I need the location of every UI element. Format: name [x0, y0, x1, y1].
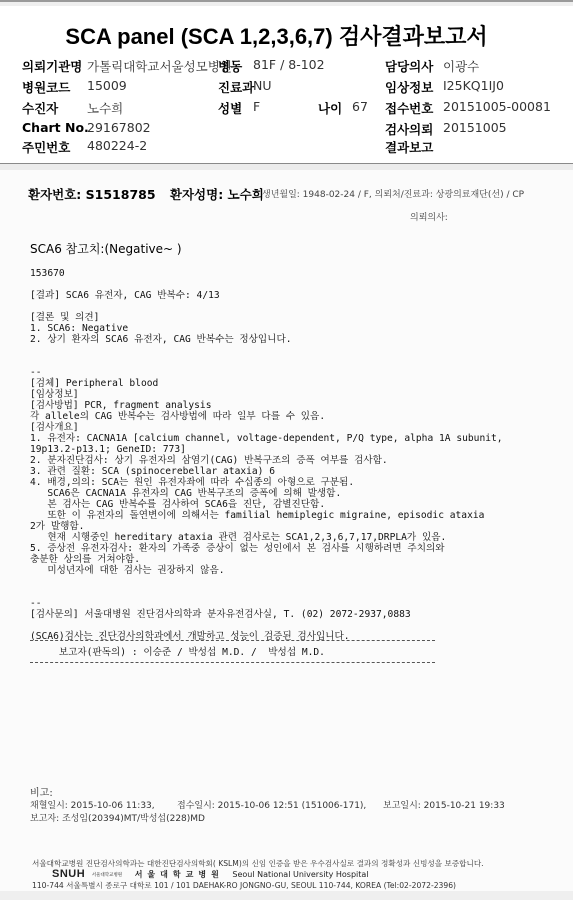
- report-line: 2가 발행함.: [30, 521, 503, 532]
- report-line: 2. 분자진단검사: 상기 유전자의 삼염기(CAG) 반복구조의 증폭 여부를…: [30, 455, 503, 466]
- snuh-logo: SNUH: [52, 868, 85, 880]
- report-line: [결과] SCA6 유전자, CAG 반복수: 4/13: [30, 290, 503, 301]
- patient-label: 수진자: [22, 99, 58, 117]
- report-line: 또한 이 유전자의 돌연변이에 의해서는 familial hemiplegic…: [30, 510, 503, 521]
- report-line: --: [30, 598, 503, 609]
- hospital-code-label: 병원코드: [22, 78, 70, 96]
- report-line: 충분한 상의를 거쳐야함.: [30, 554, 503, 565]
- rrn-label: 주민번호: [22, 138, 70, 156]
- report-line: [30, 279, 503, 290]
- chart-label: Chart No.: [22, 120, 89, 135]
- top-strip: [0, 2, 573, 6]
- dashed-divider-top: [30, 640, 435, 641]
- report-line: [검사개요]: [30, 422, 503, 433]
- report-line: 본 검사는 CAG 반복수를 검사하여 SCA6을 진단, 감별진단함.: [30, 499, 503, 510]
- patient-id-line: 환자번호: S1518785 환자성명: 노수희: [28, 185, 274, 203]
- patient-name: 환자성명: 노수희: [170, 187, 264, 202]
- report-line: [30, 356, 503, 367]
- institution-value: 가톨릭대학교서울성모병원: [87, 57, 232, 75]
- report-line: [30, 576, 503, 587]
- report-body: 153670 [결과] SCA6 유전자, CAG 반복수: 4/13 [결론 …: [30, 268, 503, 642]
- dept-label: 진료과: [218, 78, 254, 96]
- remarks-label: 비고:: [30, 784, 53, 799]
- report-line: 미성년자에 대한 검사는 권장하지 않음.: [30, 565, 503, 576]
- dept-value: NU: [253, 78, 272, 93]
- patient-value: 노수희: [87, 99, 123, 117]
- reporter-info: 보고자: 조성임(20394)MT/박성섭(228)MD: [30, 811, 205, 824]
- report-line: [임상정보]: [30, 389, 503, 400]
- clinical-label: 임상정보: [385, 78, 433, 96]
- report-line: [30, 301, 503, 312]
- ward-label: 병동: [218, 57, 242, 75]
- hospital-name-kr: 서울대학교병원: [135, 870, 224, 879]
- report-line: 5. 증상전 유전자검사: 환자의 가족중 증상이 없는 성인에서 본 검사를 …: [30, 543, 503, 554]
- report-line: 4. 배경,의의: SCA는 원인 유전자좌에 따라 수십종의 아형으로 구분됨…: [30, 477, 503, 488]
- patient-number: 환자번호: S1518785: [28, 187, 156, 202]
- rrn-value: 480224-2: [87, 138, 147, 153]
- report-line: 현재 시행중인 hereditary ataxia 관련 검사로는 SCA1,2…: [30, 532, 503, 543]
- report-line: 153670: [30, 268, 503, 279]
- birth-info: 생년월일: 1948-02-24 / F, 의뢰처/진료과: 상광의료재단(선)…: [262, 187, 524, 200]
- dashed-divider-bottom: [30, 662, 435, 663]
- age-value: 67: [352, 99, 368, 114]
- hospital-name-en: Seoul National University Hospital: [232, 870, 368, 879]
- sex-value: F: [253, 99, 260, 114]
- result-report-label: 결과보고: [385, 138, 433, 156]
- clinical-value: I25KQ1IJ0: [443, 78, 504, 93]
- report-time: 보고일시: 2015-10-21 19:33: [383, 798, 505, 811]
- report-line: 2. 상기 환자의 SCA6 유전자, CAG 반복수는 정상입니다.: [30, 334, 503, 345]
- report-line: [검사방법] PCR, fragment analysis: [30, 400, 503, 411]
- report-line: 3. 관련 질환: SCA (spinocerebellar ataxia) 6: [30, 466, 503, 477]
- receipt-label: 접수번호: [385, 99, 433, 117]
- report-line: 각 allele의 CAG 반복수는 검사방법에 따라 일부 다를 수 있음.: [30, 411, 503, 422]
- doctor-value: 이광수: [443, 57, 479, 75]
- ward-value: 81F / 8-102: [253, 57, 325, 72]
- report-line: 19p13.2-p13.1; GeneID: 773]: [30, 444, 503, 455]
- hospital-branding: SNUH 서울대학교병원 서울대학교병원 Seoul National Univ…: [52, 868, 369, 880]
- bottom-strip: [0, 891, 573, 900]
- snuh-logo-sub: 서울대학교병원: [92, 873, 122, 878]
- doctor-label: 담당의사: [385, 57, 433, 75]
- hospital-address: 110-744 서울특별시 종로구 대학로 101 / 101 DAEHAK-R…: [32, 880, 456, 891]
- report-line: [검체] Peripheral blood: [30, 378, 503, 389]
- collection-time: 채혈일시: 2015-10-06 11:33,: [30, 798, 155, 811]
- report-line: 1. 유전자: CACNA1A [calcium channel, voltag…: [30, 433, 503, 444]
- chart-value: 29167802: [87, 120, 151, 135]
- report-line: --: [30, 367, 503, 378]
- report-line: [30, 620, 503, 631]
- report-line: [30, 587, 503, 598]
- sex-label: 성별: [218, 99, 242, 117]
- scan-top-strip: [0, 164, 573, 170]
- institution-label: 의뢰기관명: [22, 57, 82, 75]
- reporter-line: 보고자(판독의) : 이승준 / 박성섭 M.D. / 박성섭 M.D.: [30, 647, 325, 658]
- request-label: 검사의뢰: [385, 120, 433, 138]
- requesting-doctor: 의뢰의사:: [410, 210, 448, 223]
- report-line: 1. SCA6: Negative: [30, 323, 503, 334]
- report-line: [검사문의] 서울대병원 진단검사의학과 분자유전검사실, T. (02) 20…: [30, 609, 503, 620]
- request-value: 20151005: [443, 120, 507, 135]
- reference-range: SCA6 참고치:(Negative~ ): [30, 240, 182, 257]
- report-line: [30, 345, 503, 356]
- report-title: SCA panel (SCA 1,2,3,6,7) 검사결과보고서: [0, 20, 573, 51]
- age-label: 나이: [318, 99, 342, 117]
- receipt-time: 접수일시: 2015-10-06 12:51 (151006-171),: [177, 798, 366, 811]
- report-line: [결론 및 의견]: [30, 312, 503, 323]
- hospital-code-value: 15009: [87, 78, 127, 93]
- receipt-value: 20151005-00081: [443, 99, 551, 114]
- report-line: SCA6은 CACNA1A 유전자의 CAG 반복구조의 증폭에 의해 발생함.: [30, 488, 503, 499]
